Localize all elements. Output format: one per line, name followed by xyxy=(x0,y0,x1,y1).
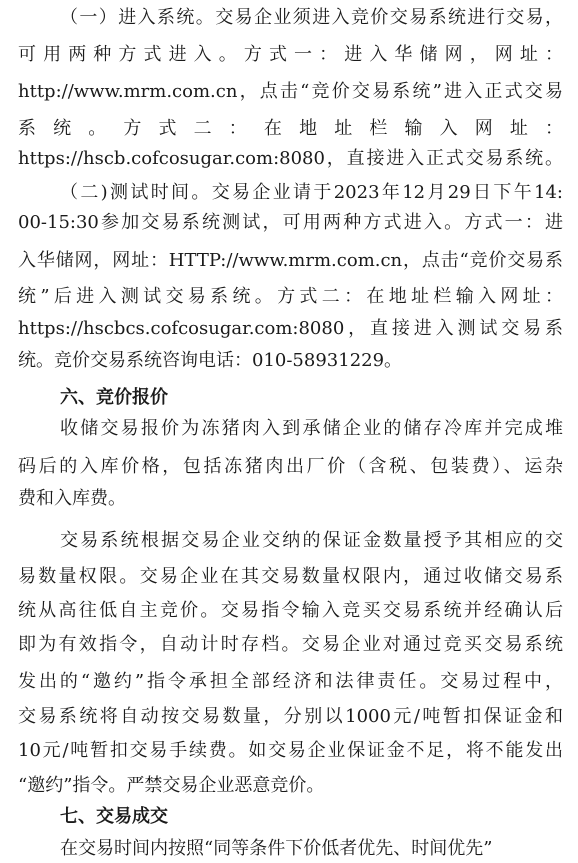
paragraph-line: 即为有效指令，自动计时存档。交易企业对通过竞买交易系统 xyxy=(18,634,563,656)
paragraph-line: 收储交易报价为冻猪肉入到承储企业的储存冷库并完成堆 xyxy=(60,418,563,440)
paragraph-line: 交易系统将自动按交易数量，分别以1000元/吨暂扣保证金和 xyxy=(18,706,563,728)
paragraph-line: 统”后进入测试交易系统。方式二：在地址栏输入网址： xyxy=(18,286,563,308)
paragraph-line: 00-15:30参加交易系统测试，可用两种方式进入。方式一：进 xyxy=(18,212,563,234)
document-page: （一）进入系统。交易企业须进入竞价交易系统进行交易， 可用两种方式进入。方式一：… xyxy=(0,0,578,863)
paragraph-line: “邀约”指令。严禁交易企业恶意竞价。 xyxy=(18,775,563,797)
section-heading: 六、竞价报价 xyxy=(60,387,563,409)
paragraph-line: 10元/吨暂扣交易手续费。如交易企业保证金不足，将不能发出 xyxy=(18,740,563,762)
paragraph-line: 费和入库费。 xyxy=(18,488,563,510)
paragraph-line: 在交易时间内按照“同等条件下价低者优先、时间优先” xyxy=(60,838,563,860)
paragraph-line: （一）进入系统。交易企业须进入竞价交易系统进行交易， xyxy=(60,7,563,29)
paragraph-line: 入华储网，网址：HTTP://www.mrm.com.cn，点击“竞价交易系 xyxy=(18,250,563,272)
paragraph-line: 统从高往低自主竞价。交易指令输入竞买交易系统并经确认后 xyxy=(18,600,563,622)
section-heading: 七、交易成交 xyxy=(60,806,563,828)
paragraph-line: 可用两种方式进入。方式一：进入华储网，网址： xyxy=(18,44,563,66)
paragraph-line: 易数量权限。交易企业在其交易数量权限内，通过收储交易系 xyxy=(18,566,563,588)
paragraph-line: 码后的入库价格，包括冻猪肉出厂价（含税、包装费）、运杂 xyxy=(18,456,563,478)
paragraph-line: 统。竞价交易系统咨询电话：010-58931229。 xyxy=(18,350,563,372)
paragraph-line: http://www.mrm.com.cn，点击“竞价交易系统”进入正式交易 xyxy=(18,81,563,103)
paragraph-line: 系统。方式二：在地址栏输入网址： xyxy=(18,118,563,140)
paragraph-line: 交易系统根据交易企业交纳的保证金数量授予其相应的交 xyxy=(60,530,563,552)
paragraph-line: https://hscbcs.cofcosugar.com:8080，直接进入测… xyxy=(18,318,563,340)
paragraph-line: 发出的“邀约”指令承担全部经济和法律责任。交易过程中， xyxy=(18,671,563,693)
paragraph-line: https://hscb.cofcosugar.com:8080，直接进入正式交… xyxy=(18,148,563,170)
paragraph-line: （二)测试时间。交易企业请于2023年12月29日下午14: xyxy=(60,182,563,204)
